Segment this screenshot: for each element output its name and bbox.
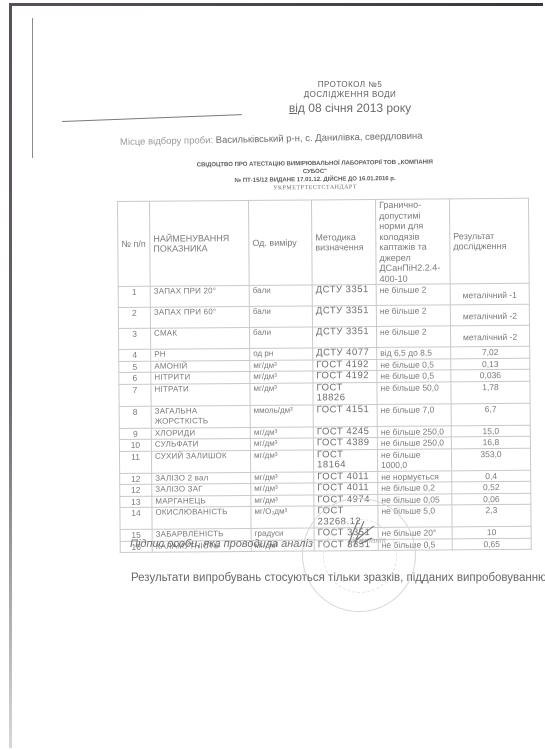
cell-num: 3 (119, 328, 151, 349)
header-name: НАЙМЕНУВАННЯ ПОКАЗНИКА (150, 200, 250, 286)
results-table: № п/п НАЙМЕНУВАННЯ ПОКАЗНИКА Од. виміру … (117, 198, 532, 553)
cell-norm: від 6,5 до 8,5 (377, 347, 451, 359)
cell-method: ГОСТ 4192 (313, 359, 377, 371)
cell-num: 11 (119, 451, 151, 473)
certificate-block: СВІДОЦТВО ПРО АТЕСТАЦІЮ ВИМІРЮВАЛЬНОЇ ЛА… (190, 158, 440, 193)
stamp-seal (302, 498, 416, 612)
cell-result: 15,0 (451, 425, 530, 437)
cell-method: ГОСТ 4192 (313, 370, 377, 382)
cell-num: 8 (119, 406, 151, 428)
cell-method: ДСТУ 3351 (312, 284, 376, 306)
cell-name: НІТРИТИ (151, 371, 250, 383)
cell-num: 7 (119, 384, 151, 406)
cell-name: ЗАЛІЗО 2 вал (152, 472, 251, 484)
cell-result: 10 (452, 526, 531, 538)
table-row: 8ЗАГАЛЬНА ЖОРСТКІСТЬммоль/дм³ГОСТ 4151не… (119, 403, 530, 428)
cell-unit: мг/дм³ (250, 449, 313, 471)
cell-method: ГОСТ 18826 (313, 382, 377, 405)
cell-norm: не більше 250,0 (377, 437, 451, 449)
cell-num: 12 (120, 484, 152, 496)
cell-result: 0,4 (452, 470, 531, 482)
cell-unit: мг/дм³ (251, 471, 314, 483)
cell-name: АМОНІЙ (151, 360, 250, 372)
cell-num: 9 (119, 428, 151, 440)
cell-unit: мг/О₂дм³ (251, 506, 314, 528)
cell-method: ДСТУ 3351 (312, 326, 376, 348)
certificate-line-3: УКРМЕТРТЕСТСТАНДАРТ (190, 182, 440, 193)
margin-line (32, 18, 33, 158)
date-value: 08 січня 2013 року (308, 101, 411, 115)
header-unit: Од. виміру (248, 200, 312, 285)
cell-num: 13 (120, 496, 152, 508)
header-method: Методика визначення (311, 199, 376, 285)
cell-norm: не більше 0,05 (378, 493, 452, 505)
cell-name: СУХИЙ ЗАЛИШОК (151, 450, 250, 473)
cell-result: 1,78 (451, 381, 530, 404)
cell-norm: не більше 2 (376, 326, 450, 348)
disclaimer-text: Результати випробувань стосуються тільки… (131, 572, 545, 584)
cell-result: металічний -2 (450, 325, 529, 347)
cell-norm: не більше 0,5 (377, 370, 451, 382)
cell-unit: мг/дм³ (251, 494, 314, 506)
page-border-top (9, 3, 543, 6)
cell-name: ЗАЛІЗО ЗАГ (152, 483, 251, 495)
cell-name: ЗАПАХ ПРИ 20° (150, 285, 249, 307)
cell-result: металічний -1 (450, 283, 529, 305)
cell-name: ЗАГАЛЬНА ЖОРСТКІСТЬ (151, 405, 250, 428)
cell-name: СУЛЬФАТИ (151, 438, 250, 450)
cell-num: 14 (120, 507, 152, 529)
sampling-value: Васильківський р-н, с. Данилівка, свердл… (216, 131, 423, 146)
signature-mark (340, 518, 380, 548)
cell-unit: мг/дм³ (250, 371, 313, 383)
cell-method: ГОСТ 4011 (314, 482, 378, 494)
cell-num: 5 (119, 361, 151, 373)
cell-method: ДСТУ 3351 (312, 305, 376, 327)
results-table-wrapper: № п/п НАЙМЕНУВАННЯ ПОКАЗНИКА Од. виміру … (117, 198, 532, 553)
cell-unit: мг/дм³ (250, 359, 313, 371)
cell-method: ДСТУ 4077 (313, 347, 377, 359)
cell-name: МАРГАНЕЦЬ (152, 495, 251, 507)
cell-result: 0,52 (452, 481, 531, 493)
cell-unit: бали (249, 285, 312, 306)
cell-result: 16,8 (451, 436, 530, 448)
cell-result: 0,06 (452, 493, 531, 505)
cell-norm: не більше 250,0 (377, 425, 451, 437)
header-num: № п/п (118, 201, 151, 286)
cell-norm: не більше 7,0 (377, 403, 451, 426)
table-row: 11СУХИЙ ЗАЛИШОКмг/дм³ГОСТ 18164не більше… (119, 448, 530, 473)
cell-num: 6 (119, 372, 151, 384)
header-norm: Гранично-допустимі норми для колодязів к… (375, 199, 450, 285)
date-prefix: від (289, 101, 305, 115)
document-header: ПРОТОКОЛ №5 ДОСЛІДЖЕННЯ ВОДИ від 08 січн… (250, 80, 450, 116)
cell-norm: не нормується (378, 470, 452, 482)
cell-result: 2,3 (452, 504, 531, 527)
sampling-place: Місце відбору проби: Васильківський р-н,… (120, 131, 423, 148)
cell-norm: не більше 0,2 (378, 482, 452, 494)
cell-name: ХЛОРИДИ (151, 427, 250, 439)
cell-method: ГОСТ 4151 (313, 404, 377, 427)
cell-unit: ммоль/дм³ (250, 404, 313, 426)
cell-unit: мг/дм³ (251, 483, 314, 495)
cell-result: 7,02 (451, 346, 530, 358)
cell-name: НІТРАТИ (151, 383, 250, 406)
cell-unit: мг/дм³ (250, 438, 313, 450)
cell-name: РН (151, 348, 250, 360)
cell-method: ГОСТ 4389 (313, 437, 377, 449)
cell-norm: не більше 0,5 (377, 358, 451, 370)
cell-method: ГОСТ 4245 (313, 426, 377, 438)
cell-norm: не більше 2 (376, 284, 450, 306)
cell-num: 10 (119, 439, 151, 451)
document-date: від 08 січня 2013 року (250, 101, 450, 116)
cell-result: 353,0 (451, 448, 530, 471)
cell-unit: мг/дм³ (250, 382, 313, 404)
cell-result: 0,13 (451, 358, 530, 370)
document-title: ПРОТОКОЛ №5 (250, 80, 450, 90)
underline-stroke (62, 114, 242, 122)
cell-name: ЗАПАХ ПРИ 60° (150, 306, 249, 328)
cell-name: СМАК (151, 327, 250, 349)
cell-unit: мг/дм³ (250, 426, 313, 438)
sampling-prefix: Місце відбору проби: (120, 135, 213, 148)
cell-unit: бали (249, 327, 312, 348)
cell-norm: не більше 50,0 (377, 381, 451, 404)
cell-num: 4 (119, 349, 151, 361)
cell-unit: бали (249, 306, 312, 327)
cell-name: ОКИСЛЮВАНІСТЬ (152, 506, 251, 529)
cell-num: 2 (118, 307, 150, 328)
cell-num: 1 (118, 286, 150, 307)
document-subtitle: ДОСЛІДЖЕННЯ ВОДИ (250, 90, 450, 100)
signature-label: Підпис особи, яка проводила аналіз (130, 538, 313, 550)
cell-result: 0,036 (451, 369, 530, 381)
cell-unit: од рн (250, 348, 313, 360)
cell-method: ГОСТ 18164 (313, 449, 377, 472)
header-result: Результат дослідження (449, 198, 529, 284)
table-row: 7НІТРАТИмг/дм³ГОСТ 18826не більше 50,01,… (119, 381, 530, 406)
cell-result: металічний -2 (450, 304, 529, 326)
cell-result: 0,65 (452, 538, 531, 550)
cell-norm: не більше 2 (376, 305, 450, 327)
cell-num: 12 (120, 473, 152, 485)
table-header-row: № п/п НАЙМЕНУВАННЯ ПОКАЗНИКА Од. виміру … (118, 198, 530, 286)
page-border-left (9, 3, 12, 748)
cell-method: ГОСТ 4011 (314, 471, 378, 483)
cell-result: 6,7 (451, 403, 530, 426)
cell-norm: не більше 1000,0 (377, 448, 451, 471)
